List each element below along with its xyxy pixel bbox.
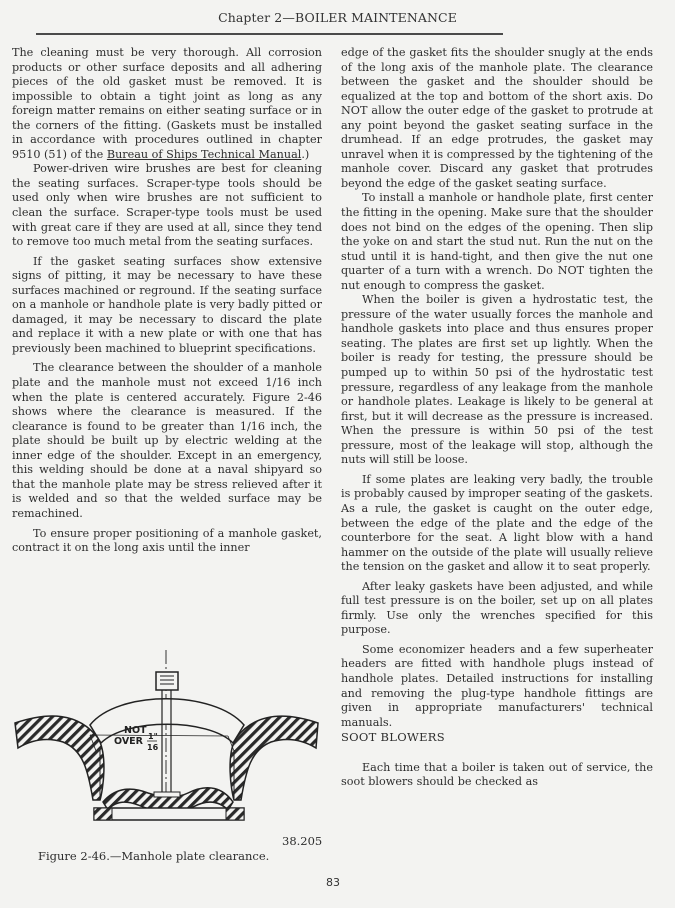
- paragraph-gasket-edge: edge of the gasket fits the shoulder snu…: [341, 46, 653, 191]
- label-fraction-denominator: 16: [147, 743, 159, 752]
- paragraph-hydrostatic-test: When the boiler is given a hydrostatic t…: [341, 293, 653, 468]
- paragraph-text: The cleaning must be very thorough. All …: [12, 46, 322, 161]
- paragraph-pitting: If the gasket seating surfaces show exte…: [12, 255, 322, 357]
- paragraph-cleaning: The cleaning must be very thorough. All …: [12, 46, 322, 162]
- header-rule: [36, 33, 503, 35]
- paragraph-gasket-positioning: To ensure proper positioning of a manhol…: [12, 527, 322, 556]
- manhole-plate-diagram: NOT OVER 1" 16: [8, 650, 323, 825]
- paragraph-text: .): [301, 148, 309, 161]
- running-header: Chapter 2—BOILER MAINTENANCE: [0, 10, 675, 25]
- paragraph-soot-blowers: Each time that a boiler is taken out of …: [341, 761, 653, 790]
- paragraph-handhole-plugs: Some economizer headers and a few super­…: [341, 643, 653, 730]
- figure-id: 38.205: [282, 834, 322, 848]
- figure-manhole-plate-clearance: NOT OVER 1" 16: [8, 650, 323, 825]
- figure-caption: Figure 2-46.—Manhole plate clearance.: [38, 849, 269, 863]
- label-fraction-numerator: 1": [148, 732, 158, 741]
- paragraph-adjusted-gaskets: After leaky gaskets have been adjusted, …: [341, 580, 653, 638]
- label-not: NOT: [124, 725, 147, 736]
- right-column: edge of the gasket fits the shoulder snu…: [341, 46, 653, 790]
- left-column: The cleaning must be very thorough. All …: [12, 46, 322, 556]
- paragraph-leaking-plates: If some plates are leaking very badly, t…: [341, 473, 653, 575]
- label-over: OVER: [114, 736, 144, 747]
- manual-reference-link: Bureau of Ships Technical Manual: [107, 148, 302, 161]
- section-heading-soot-blowers: SOOT BLOWERS: [341, 730, 653, 745]
- paragraph-clearance: The clearance between the shoulder of a …: [12, 361, 322, 521]
- paragraph-wire-brushes: Power-driven wire brushes are best for c…: [12, 162, 322, 249]
- page-number: 83: [326, 876, 340, 889]
- paragraph-install-plate: To install a manhole or handhole plate, …: [341, 191, 653, 293]
